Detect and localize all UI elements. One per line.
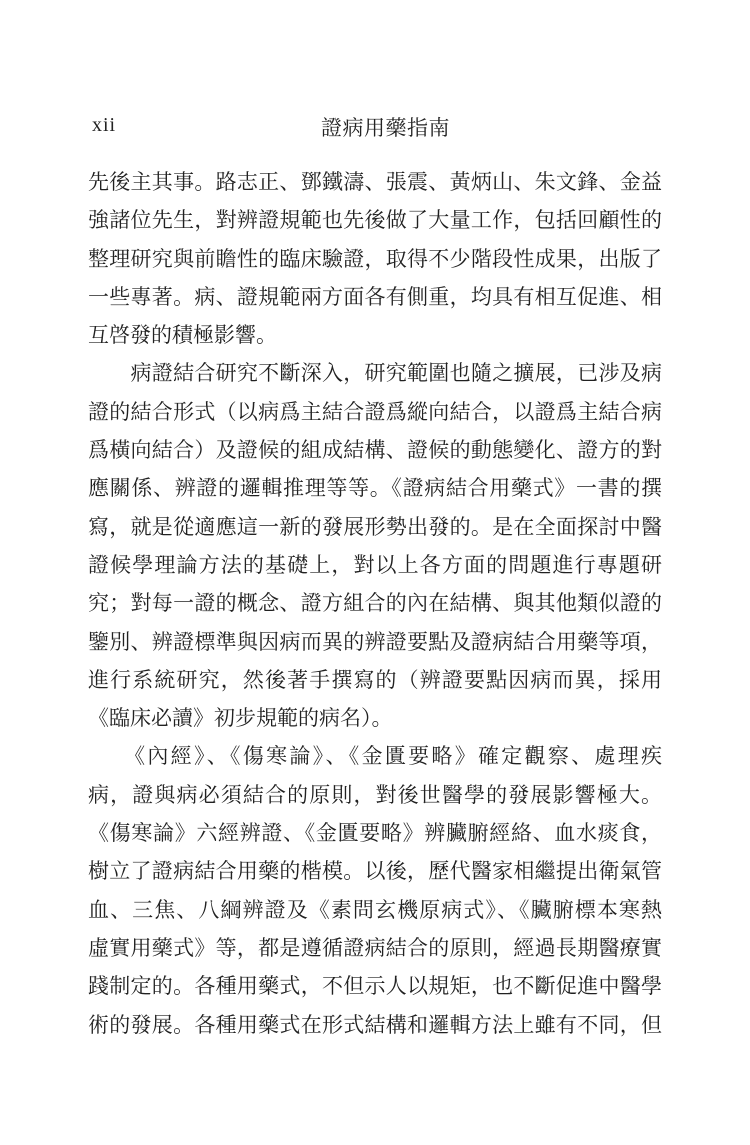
text-line: 爲橫向結合）及證候的組成結構、證候的動態變化、證方的對 [88,431,662,469]
text-line: 整理研究與前瞻性的臨床驗證，取得不少階段性成果，出版了 [88,240,662,278]
text-line: 血、三焦、八綱辨證及《素問玄機原病式》、《臟腑標本寒熱 [88,891,662,929]
paragraph-2: 病證結合研究不斷深入，研究範圍也隨之擴展，已涉及病 證的結合形式（以病爲主結合證… [88,354,662,737]
running-title: 證病用藥指南 [321,112,450,142]
scanned-book-page: xii 證病用藥指南 先後主其事。路志正、鄧鐵濤、張震、黃炳山、朱文鋒、金益 強… [0,0,750,1145]
text-line: 《臨床必讀》初步規範的病名）。 [88,699,662,737]
text-line: 病，證與病必須結合的原則，對後世醫學的發展影響極大。 [88,776,662,814]
paragraph-1: 先後主其事。路志正、鄧鐵濤、張震、黃炳山、朱文鋒、金益 強諸位先生，對辨證規範也… [88,163,662,354]
page-number: xii [92,114,116,137]
text-line: 踐制定的。各種用藥式，不但示人以規矩，也不斷促進中醫學 [88,967,662,1005]
text-line: 虛實用藥式》等，都是遵循證病結合的原則，經過長期醫療實 [88,929,662,967]
text-line: 一些專著。病、證規範兩方面各有側重，均具有相互促進、相 [88,278,662,316]
text-line: 進行系統研究，然後著手撰寫的（辨證要點因病而異，採用 [88,661,662,699]
page-header: xii 證病用藥指南 [0,112,750,142]
text-line: 《內經》、《傷寒論》、《金匱要略》確定觀察、處理疾 [88,737,662,775]
text-line: 互啓發的積極影響。 [88,316,662,354]
page-body: 先後主其事。路志正、鄧鐵濤、張震、黃炳山、朱文鋒、金益 強諸位先生，對辨證規範也… [88,163,662,1044]
text-line: 病證結合研究不斷深入，研究範圍也隨之擴展，已涉及病 [88,354,662,392]
text-line: 證候學理論方法的基礎上，對以上各方面的問題進行專題研 [88,546,662,584]
text-line: 究；對每一證的概念、證方組合的內在結構、與其他類似證的 [88,584,662,622]
text-line: 術的發展。各種用藥式在形式結構和邏輯方法上雖有不同，但 [88,1006,662,1044]
text-line: 鑒別、辨證標準與因病而異的辨證要點及證病結合用藥等項， [88,623,662,661]
text-line: 《傷寒論》六經辨證、《金匱要略》辨臟腑經絡、血水痰食， [88,814,662,852]
text-line: 強諸位先生，對辨證規範也先後做了大量工作，包括回顧性的 [88,201,662,239]
text-line: 樹立了證病結合用藥的楷模。以後，歷代醫家相繼提出衛氣管 [88,852,662,890]
text-line: 應關係、辨證的邏輯推理等等。《證病結合用藥式》一書的撰 [88,469,662,507]
paragraph-3: 《內經》、《傷寒論》、《金匱要略》確定觀察、處理疾 病，證與病必須結合的原則，對… [88,737,662,1043]
text-line: 證的結合形式（以病爲主結合證爲縱向結合，以證爲主結合病 [88,393,662,431]
text-line: 先後主其事。路志正、鄧鐵濤、張震、黃炳山、朱文鋒、金益 [88,163,662,201]
text-line: 寫，就是從適應這一新的發展形勢出發的。是在全面探討中醫 [88,508,662,546]
